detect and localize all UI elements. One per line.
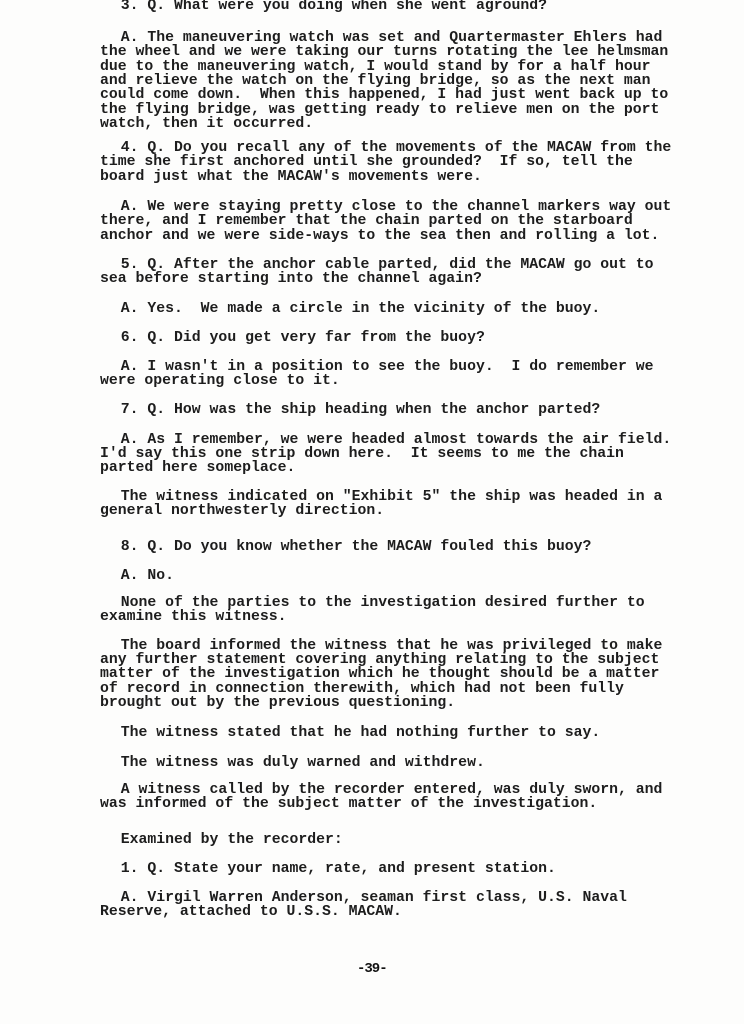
transcript-line: the wheel and we were taking our turns r… — [100, 45, 668, 59]
transcript-line: A. No. — [103, 569, 174, 583]
transcript-line: due to the maneuvering watch, I would st… — [100, 60, 651, 74]
transcript-line: parted here someplace. — [100, 461, 295, 475]
transcript-line: A witness called by the recorder entered… — [103, 783, 662, 797]
transcript-line: The witness indicated on "Exhibit 5" the… — [103, 490, 662, 504]
page-number: -39- — [357, 961, 387, 977]
transcript-line: I'd say this one strip down here. It see… — [100, 447, 624, 461]
transcript-line: any further statement covering anything … — [100, 653, 659, 667]
transcript-line: A. Yes. We made a circle in the vicinity… — [103, 302, 600, 316]
transcript-line: A. As I remember, we were headed almost … — [103, 433, 671, 447]
transcript-line: Examined by the recorder: — [103, 833, 343, 847]
transcript-line: The witness was duly warned and withdrew… — [103, 756, 485, 770]
transcript-line: The witness stated that he had nothing f… — [103, 726, 600, 740]
transcript-line: 1. Q. State your name, rate, and present… — [103, 862, 556, 876]
transcript-line: A. Virgil Warren Anderson, seaman first … — [103, 891, 627, 905]
transcript-line: watch, then it occurred. — [100, 117, 313, 131]
transcript-line: A. We were staying pretty close to the c… — [103, 200, 671, 214]
transcript-line: Reserve, attached to U.S.S. MACAW. — [100, 905, 402, 919]
transcript-line: and relieve the watch on the flying brid… — [100, 74, 651, 88]
transcript-line: the flying bridge, was getting ready to … — [100, 103, 659, 117]
transcript-line: of record in connection therewith, which… — [100, 682, 624, 696]
transcript-line: general northwesterly direction. — [100, 504, 384, 518]
transcript-line: 6. Q. Did you get very far from the buoy… — [103, 331, 485, 345]
transcript-line: The board informed the witness that he w… — [103, 639, 662, 653]
transcript-line: was informed of the subject matter of th… — [100, 797, 597, 811]
transcript-line: brought out by the previous questioning. — [100, 696, 455, 710]
transcript-line: 5. Q. After the anchor cable parted, did… — [103, 258, 654, 272]
transcript-line: time she first anchored until she ground… — [100, 155, 633, 169]
transcript-line: board just what the MACAW's movements we… — [100, 170, 482, 184]
transcript-line: A. The maneuvering watch was set and Qua… — [103, 31, 662, 45]
transcript-line: 7. Q. How was the ship heading when the … — [103, 403, 600, 417]
transcript-line: 8. Q. Do you know whether the MACAW foul… — [103, 540, 591, 554]
transcript-line: None of the parties to the investigation… — [103, 596, 645, 610]
transcript-line: were operating close to it. — [100, 374, 340, 388]
transcript-line: sea before starting into the channel aga… — [100, 272, 482, 286]
transcript-line: anchor and we were side-ways to the sea … — [100, 229, 659, 243]
transcript-line: there, and I remember that the chain par… — [100, 214, 633, 228]
transcript-line: examine this witness. — [100, 610, 286, 624]
transcript-line: 4. Q. Do you recall any of the movements… — [103, 141, 671, 155]
transcript-line: A. I wasn't in a position to see the buo… — [103, 360, 654, 374]
transcript-line: 3. Q. What were you doing when she went … — [103, 0, 547, 13]
transcript-line: matter of the investigation which he tho… — [100, 667, 659, 681]
transcript-line: could come down. When this happened, I h… — [100, 88, 668, 102]
document-page: 3. Q. What were you doing when she went … — [0, 0, 744, 1024]
